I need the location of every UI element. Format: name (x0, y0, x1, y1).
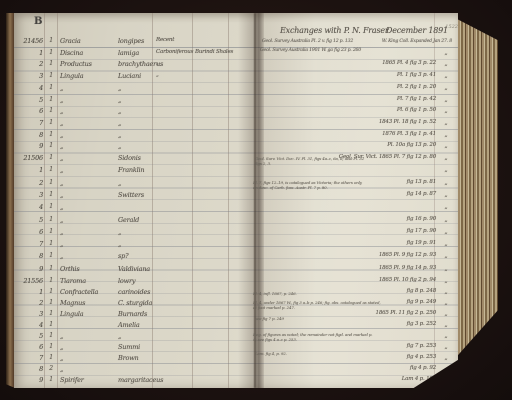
cell-genus: Gracia (60, 37, 116, 45)
cell-no: 2 (16, 179, 43, 187)
register-page-spread: B 1522 Exchanges with P. N. Fraser Decem… (14, 13, 458, 388)
cell-species: Brown (118, 354, 162, 362)
cell-no: 3 (16, 310, 43, 318)
cell-no: 5 (16, 332, 43, 340)
cell-ref: Pl. 6 fig 1 p. 50 (260, 107, 436, 113)
cell-species: „ (118, 96, 162, 104)
cell-no: 21556 (16, 277, 43, 285)
cell-genus: Tiaroma (60, 277, 116, 285)
cell-acq: „ (438, 365, 454, 372)
cell-no: 4 (16, 321, 43, 329)
cell-no: 21456 (16, 37, 43, 45)
photo-of-register-book: B 1522 Exchanges with P. N. Fraser Decem… (0, 0, 512, 400)
cell-acq: „ (438, 299, 454, 306)
register-row: 91SpirifermargaritaceusLam 4 p. 192„ (14, 376, 458, 387)
cell-no: 7 (16, 354, 43, 362)
cell-no: 7 (16, 240, 43, 248)
cell-no: 5 (16, 216, 43, 224)
register-row: 215561Tiaromalowry1865 Pl. 10 fig 2 p. 9… (14, 277, 458, 288)
register-row: 21„„fig 13 p. 81„ (14, 179, 458, 190)
cell-ref: 1865 Pl. 9 fig 14 p. 93 (260, 265, 436, 271)
register-row: 82„fig 4 p. 92„ (14, 365, 458, 376)
cell-no: 3 (16, 72, 43, 80)
cell-ct: 1 (45, 166, 57, 173)
cell-ref: fig 7 p. 253 (260, 343, 436, 349)
cell-ct: 1 (45, 203, 57, 210)
register-row: 11„Franklin„ (14, 166, 458, 177)
cell-species: C. sturgida (118, 299, 162, 307)
cell-genus: „ (60, 96, 116, 104)
cell-acq: „ (438, 179, 454, 186)
cell-genus: „ (60, 228, 116, 236)
register-row: 51„„„ (14, 332, 458, 343)
register-row: 71„„fig 19 p. 91„ (14, 240, 458, 251)
cell-acq: „ (438, 191, 454, 198)
cell-species: carinoides (118, 288, 162, 296)
cell-no: 6 (16, 107, 43, 115)
cell-ref: 1865 Pl. 9 fig 12 p. 93 (260, 252, 436, 258)
cell-no: 4 (16, 84, 43, 92)
cell-ct: 1 (45, 119, 57, 126)
cell-ct: 1 (45, 354, 57, 361)
cell-ct: 1 (45, 252, 57, 259)
cell-species: Amelia (118, 321, 162, 329)
register-row: 41„„Pl. 2 fig 1 p. 20„ (14, 84, 458, 95)
cell-ct: 1 (45, 191, 57, 198)
cell-acq: „ (438, 84, 454, 91)
cell-no: 2 (16, 60, 43, 68)
cell-genus: „ (60, 332, 116, 340)
register-row: 21MagnusC. sturgidafig 9 p. 249„ (14, 299, 458, 310)
cell-genus: „ (60, 166, 116, 174)
cell-acq: „ (438, 265, 454, 272)
cell-ct: 1 (45, 277, 57, 284)
cell-genus: „ (60, 203, 116, 211)
cell-genus: „ (60, 142, 116, 150)
register-row: 11Confractellacarinoidesfig 8 p. 248„ (14, 288, 458, 299)
cell-acq: „ (438, 119, 454, 126)
cell-ct: 1 (45, 131, 57, 138)
cell-ct: 1 (45, 228, 57, 235)
cell-ref: 1843 Pl. 18 fig 1 p. 52 (260, 119, 436, 125)
cell-species: „ (118, 332, 162, 340)
cell-ref: 1865 Pl. 10 fig 2 p. 94 (260, 277, 436, 283)
register-row: 21Productusbrachythaerus„1865 Pl. 4 fig … (14, 60, 458, 71)
cell-species: margaritaceus (118, 376, 162, 384)
cell-genus: Productus (60, 60, 116, 68)
cell-ct: 1 (45, 179, 57, 186)
cell-ref: Pl. 2 fig 1 p. 20 (260, 84, 436, 90)
cell-acq: „ (438, 154, 454, 161)
cell-acq: „ (438, 228, 454, 235)
cell-ct: 1 (45, 288, 57, 295)
cell-ct: 1 (45, 332, 57, 339)
cell-genus: „ (60, 84, 116, 92)
cell-acq: „ (438, 60, 454, 67)
cell-acq: „ (438, 240, 454, 247)
cell-ref: fig 16 p. 90 (260, 216, 436, 222)
cell-no: 7 (16, 119, 43, 127)
cell-acq: „ (438, 142, 454, 149)
cell-genus: „ (60, 107, 116, 115)
cell-acq: „ (438, 277, 454, 284)
cell-species: „ (118, 84, 162, 92)
cell-acq: „ (438, 216, 454, 223)
register-row: 71„„1843 Pl. 18 fig 1 p. 52„ (14, 119, 458, 130)
cell-genus: Lingula (60, 310, 116, 318)
register-row: 81„sp?1865 Pl. 9 fig 12 p. 93„ (14, 252, 458, 263)
cell-species: Gerald (118, 216, 162, 224)
register-row: 31LingulaLuciani„Pl. 1 fig 3 p. 41„ (14, 72, 458, 83)
cell-species: Burnards (118, 310, 162, 318)
cell-species: Summi (118, 343, 162, 351)
cell-no: 1 (16, 288, 43, 296)
register-row: 41Ameliafig 3 p. 252„ (14, 321, 458, 332)
marginal-note: Geol. Surv. Vict. Dec. IV. Pl. 31, figs … (255, 157, 367, 166)
cell-ct: 1 (45, 154, 57, 161)
book-binding-edge (6, 13, 15, 388)
cell-genus: Discina (60, 49, 116, 57)
cell-ct: 1 (45, 240, 57, 247)
cell-ct: 1 (45, 376, 57, 383)
cell-genus: Orthis (60, 265, 116, 273)
cell-ct: 1 (45, 321, 57, 328)
page-edge-stack (458, 16, 498, 362)
register-row: 41„„ (14, 203, 458, 214)
cell-ref: Pl. 1 fig 3 p. 41 (260, 72, 436, 78)
cell-species: „ (118, 228, 162, 236)
cell-no: 3 (16, 191, 43, 199)
register-row: 61„Summifig 7 p. 253„ (14, 343, 458, 354)
cell-genus: „ (60, 365, 116, 373)
cell-f1: „ (156, 72, 194, 78)
cell-ref: fig 14 p. 87 (260, 191, 436, 197)
cell-species: „ (118, 131, 162, 139)
cell-species: Sidonis (118, 154, 162, 162)
marginal-note: Reg. of figures as noted; the remainder … (253, 333, 377, 342)
cell-no: 9 (16, 376, 43, 384)
cell-genus: Lingula (60, 72, 116, 80)
marginal-note: Lam. fig 4, p. 92. (255, 352, 355, 357)
cell-ct: 1 (45, 107, 57, 114)
cell-species: lowry (118, 277, 162, 285)
cell-species: „ (118, 142, 162, 150)
cell-genus: „ (60, 154, 116, 162)
cell-f2: Burindi Shales (195, 49, 235, 55)
cell-species: sp? (118, 252, 162, 260)
register-row: 81„„1876 Pl. 3 fig 1 p. 41„ (14, 131, 458, 142)
register-row: 51„„Pl. 7 fig 1 p. 42„ (14, 96, 458, 107)
cell-no: 1 (16, 49, 43, 57)
cell-acq: „ (438, 376, 454, 383)
cell-ct: 1 (45, 343, 57, 350)
cell-ref: fig 19 p. 91 (260, 240, 436, 246)
cell-no: 6 (16, 228, 43, 236)
cell-genus: „ (60, 119, 116, 127)
cell-species: „ (118, 179, 162, 187)
cell-genus: „ (60, 216, 116, 224)
header-title: Exchanges with P. N. Fraser (280, 26, 389, 35)
cell-ct: 1 (45, 216, 57, 223)
cell-ref: Lam 4 p. 192 (260, 376, 436, 382)
cell-no: 8 (16, 365, 43, 373)
cell-species: „ (118, 107, 162, 115)
cell-genus: „ (60, 252, 116, 260)
cell-genus: „ (60, 179, 116, 187)
register-row: 215061„SidonisGeol. Sur. Vict. 1865 Pl. … (14, 154, 458, 165)
cell-no: 4 (16, 203, 43, 211)
cell-no: 2 (16, 299, 43, 307)
cell-ct: 1 (45, 37, 57, 44)
cell-ct: 1 (45, 60, 57, 67)
register-row: 71„Brownfig 4 p. 253„ (14, 354, 458, 365)
library-stamp: B (34, 16, 42, 27)
cell-ct: 1 (45, 310, 57, 317)
cell-f1: „ (156, 60, 194, 66)
register-row: 91OrthisValdiviana1865 Pl. 9 fig 14 p. 9… (14, 265, 458, 276)
cell-acq: „ (438, 310, 454, 317)
cell-acq: „ (438, 96, 454, 103)
cell-ct: 1 (45, 299, 57, 306)
register-row: 11DiscinalamigaCarboniferousBurindi Shal… (14, 49, 458, 60)
cell-ref: 1865 Pl. 4 fig 3 p. 22 (260, 60, 436, 66)
marginal-note: Pl. 4, infl. 1867, p. 246. (253, 292, 353, 297)
cell-genus: „ (60, 191, 116, 199)
marginal-note: Pl. 7, figs 12–19, is catalogued as Vict… (253, 181, 367, 190)
cell-acq: „ (438, 107, 454, 114)
cell-acq: „ (438, 343, 454, 350)
cell-acq: „ (438, 166, 454, 173)
cell-ref: fig 4 p. 92 (260, 365, 436, 371)
cell-genus: „ (60, 343, 116, 351)
marginal-note: see fig 7 p. 249 (255, 317, 345, 322)
marginal-note: Pl. 4, under 1867 W., fig 3 a–b p. 246; … (253, 301, 385, 310)
cell-ref: 1876 Pl. 3 fig 1 p. 41 (260, 131, 436, 137)
cell-ref: Pl. 10a fig 13 p. 20 (260, 142, 436, 148)
cell-genus: „ (60, 131, 116, 139)
cell-f1: Recent (156, 37, 194, 43)
cell-ref: Pl. 7 fig 1 p. 42 (260, 96, 436, 102)
cell-ct: 1 (45, 96, 57, 103)
cell-ct: 2 (45, 365, 57, 372)
cell-species: Franklin (118, 166, 162, 174)
cell-genus: Spirifer (60, 376, 116, 384)
register-row: 214561GracialongipesRecent (14, 37, 458, 48)
cell-no: 9 (16, 142, 43, 150)
cell-acq: „ (438, 203, 454, 210)
cell-no: 1 (16, 166, 43, 174)
cell-species: Valdiviana (118, 265, 162, 273)
cell-genus: Magnus (60, 299, 116, 307)
cell-no: 5 (16, 96, 43, 104)
cell-ct: 1 (45, 142, 57, 149)
cell-no: 8 (16, 131, 43, 139)
header-date: December 1891 (386, 26, 448, 35)
cell-ref: fig 3 p. 252 (260, 321, 436, 327)
register-row: 61„„fig 17 p. 90„ (14, 228, 458, 239)
cell-acq: „ (438, 288, 454, 295)
cell-ct: 1 (45, 72, 57, 79)
cell-f1: Carboniferous (156, 49, 194, 55)
cell-genus: Confractella (60, 288, 116, 296)
cell-species: „ (118, 240, 162, 248)
cell-no: 21506 (16, 154, 43, 162)
cell-ref: fig 17 p. 90 (260, 228, 436, 234)
cell-genus: „ (60, 354, 116, 362)
cell-acq: „ (438, 321, 454, 328)
cell-no: 9 (16, 265, 43, 273)
cell-acq: „ (438, 354, 454, 361)
cell-ct: 1 (45, 49, 57, 56)
register-row: 61„„Pl. 6 fig 1 p. 50„ (14, 107, 458, 118)
register-row: 91„„Pl. 10a fig 13 p. 20„ (14, 142, 458, 153)
cell-ct: 1 (45, 265, 57, 272)
cell-acq: „ (438, 72, 454, 79)
register-row: 31„Swittersfig 14 p. 87„ (14, 191, 458, 202)
cell-genus: „ (60, 240, 116, 248)
register-row: 51„Geraldfig 16 p. 90„ (14, 216, 458, 227)
cell-acq: „ (438, 252, 454, 259)
cell-acq: „ (438, 332, 454, 339)
cell-no: 6 (16, 343, 43, 351)
cell-acq: „ (438, 49, 454, 56)
cell-no: 8 (16, 252, 43, 260)
cell-ct: 1 (45, 84, 57, 91)
cell-species: „ (118, 119, 162, 127)
cell-species: Switters (118, 191, 162, 199)
register-row: 31LingulaBurnards1865 Pl. 11 fig 2 p. 25… (14, 310, 458, 321)
cell-acq: „ (438, 131, 454, 138)
cell-ref: 1865 Pl. 11 fig 2 p. 250 (260, 310, 436, 316)
